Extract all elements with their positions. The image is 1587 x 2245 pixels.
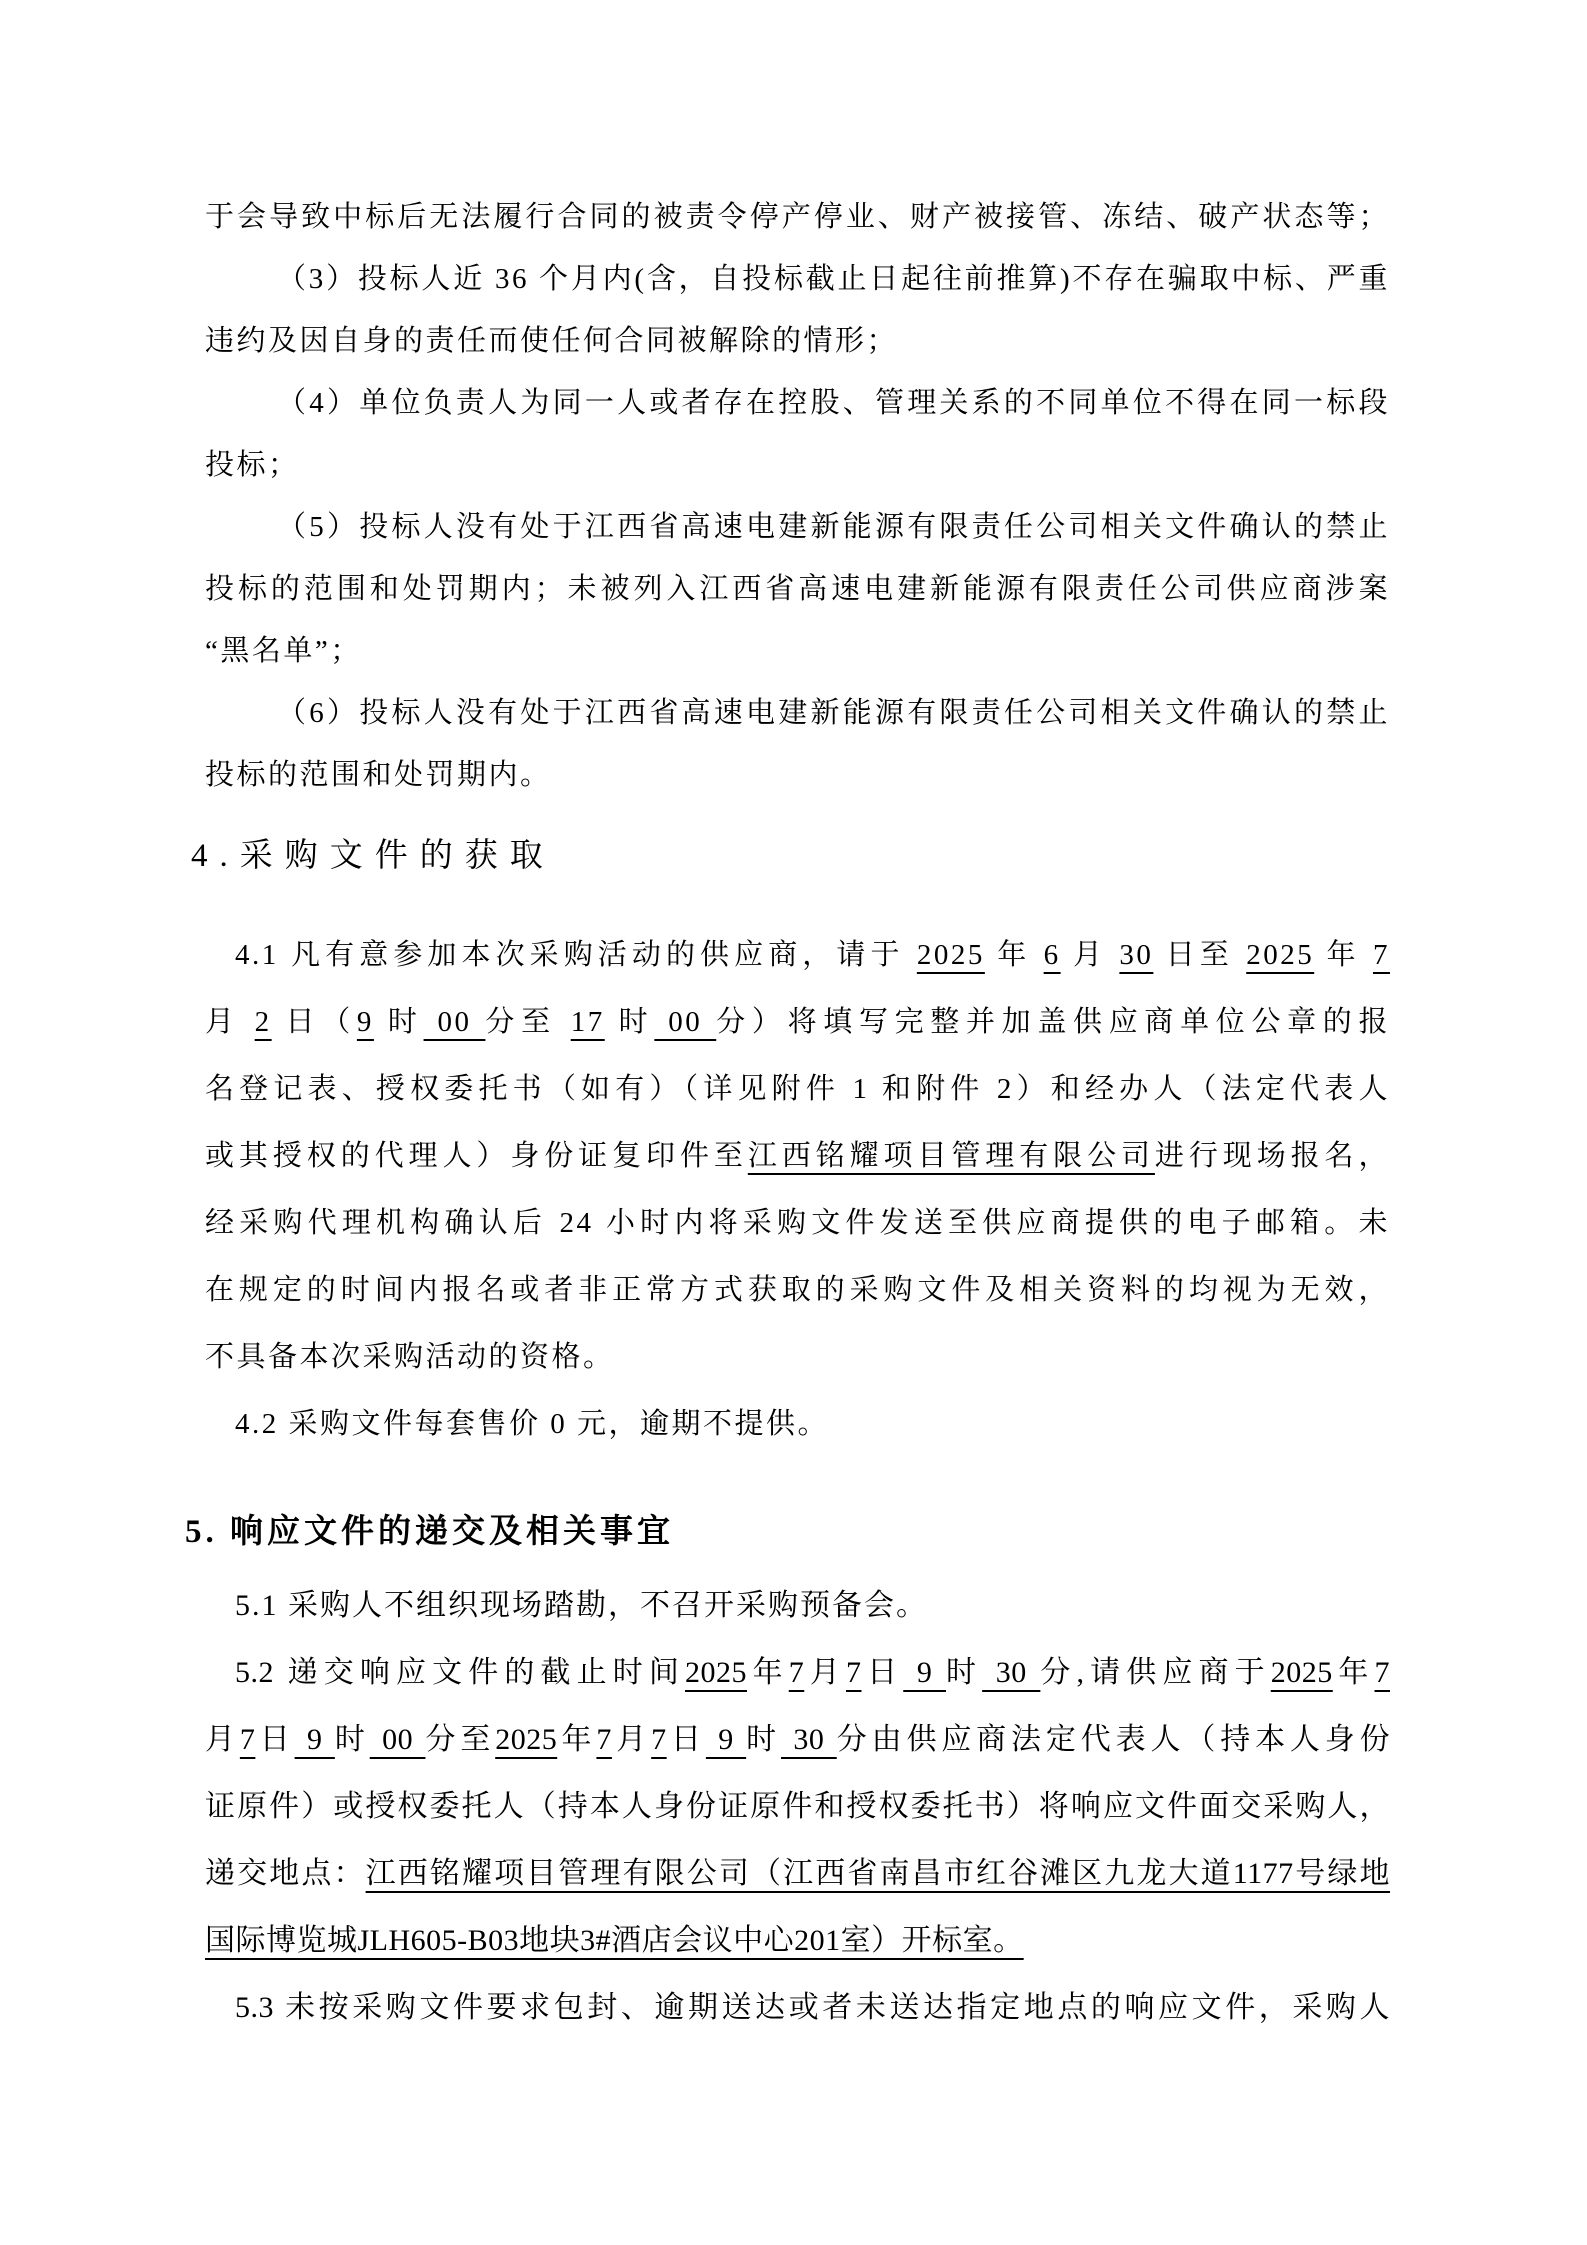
text-run: 时: [746, 1723, 781, 1756]
section-4-heading: 4.采购文件的获取: [191, 820, 1390, 892]
underlined-text: 30: [982, 1656, 1040, 1689]
text-line: 在规定的时间内报名或者非正常方式获取的采购文件及相关资料的均视为无效，: [205, 1257, 1390, 1324]
underlined-text: 7: [1375, 1656, 1391, 1689]
underlined-text: 7: [846, 1656, 862, 1689]
list-item-3: （3）投标人近 36 个月内(含，自投标截止日起往前推算)不存在骗取中标、严重: [205, 248, 1390, 310]
text-run: 时: [374, 1006, 424, 1038]
underlined-text: 7: [596, 1723, 612, 1756]
text-run: 日: [862, 1656, 904, 1689]
document-content: 于会导致中标后无法履行合同的被责令停产停业、财产被接管、冻结、破产状态等；（3）…: [205, 186, 1390, 2041]
text-run: （3）投标人近 36 个月内(含，自投标截止日起往前推算)不存在骗取中标、严重: [277, 263, 1390, 295]
underlined-text: 9: [706, 1723, 746, 1756]
text-run: 年: [747, 1656, 789, 1689]
clause-5-1: 5.1 采购人不组织现场踏勘，不召开采购预备会。: [205, 1572, 1390, 1639]
underlined-text: 9: [295, 1723, 335, 1756]
text-run: 于会导致中标后无法履行合同的被责令停产停业、财产被接管、冻结、破产状态等；: [205, 201, 1390, 233]
underlined-text: 2: [255, 1006, 272, 1038]
underlined-text: 2025: [685, 1656, 747, 1689]
text-run: 日: [255, 1723, 294, 1756]
underlined-text: 2025: [917, 939, 985, 971]
underlined-text: 00: [370, 1723, 426, 1756]
text-run: 月: [804, 1656, 846, 1689]
clause-4-1: 4.1 凡有意参加本次采购活动的供应商，请于 2025 年 6 月 30 日至 …: [205, 922, 1390, 989]
underlined-text: 00: [654, 1006, 716, 1038]
underlined-text: 00: [424, 1006, 486, 1038]
text-run: 递交地点：: [205, 1857, 366, 1890]
text-run: 投标的范围和处罚期内；未被列入江西省高速电建新能源有限责任公司供应商涉案: [205, 573, 1390, 605]
list-item-4: （4）单位负责人为同一人或者存在控股、管理关系的不同单位不得在同一标段: [205, 372, 1390, 434]
text-run: 分,请供应商于: [1040, 1656, 1270, 1689]
text-line: 经采购代理机构确认后 24 小时内将采购文件发送至供应商提供的电子邮箱。未: [205, 1190, 1390, 1257]
text-run: 或其授权的代理人）身份证复印件至: [205, 1140, 748, 1172]
underlined-text: 7: [789, 1656, 805, 1689]
text-run: 在规定的时间内报名或者非正常方式获取的采购文件及相关资料的均视为无效，: [205, 1274, 1390, 1306]
underlined-text: 国际博览城JLH605-B03地块3#酒店会议中心201室）开标室。: [205, 1924, 1024, 1957]
text-run: （5）投标人没有处于江西省高速电建新能源有限责任公司相关文件确认的禁止: [277, 511, 1390, 543]
section-5-heading: 5. 响应文件的递交及相关事宜: [185, 1496, 1390, 1568]
list-item-6: （6）投标人没有处于江西省高速电建新能源有限责任公司相关文件确认的禁止: [205, 682, 1390, 744]
text-run: 月: [1061, 939, 1120, 971]
text-run: 月: [205, 1006, 255, 1038]
text-run: 证原件）或授权委托人（持本人身份证原件和授权委托书）将响应文件面交采购人，: [205, 1790, 1390, 1823]
text-line: 于会导致中标后无法履行合同的被责令停产停业、财产被接管、冻结、破产状态等；: [205, 186, 1390, 248]
text-line: 投标的范围和处罚期内；未被列入江西省高速电建新能源有限责任公司供应商涉案: [205, 558, 1390, 620]
text-run: 名登记表、授权委托书（如有）（详见附件 1 和附件 2）和经办人（法定代表人: [205, 1073, 1390, 1105]
text-run: 4.1 凡有意参加本次采购活动的供应商，请于: [235, 939, 917, 971]
underlined-text: 2025: [495, 1723, 557, 1756]
text-run: 日至: [1153, 939, 1246, 971]
text-run: 分至: [485, 1006, 570, 1038]
text-run: 4.2 采购文件每套售价 0 元，逾期不提供。: [235, 1408, 829, 1440]
text-run: 年: [1333, 1656, 1375, 1689]
text-run: 时: [946, 1656, 982, 1689]
underlined-text: 9: [357, 1006, 374, 1038]
text-line: 名登记表、授权委托书（如有）（详见附件 1 和附件 2）和经办人（法定代表人: [205, 1056, 1390, 1123]
underlined-text: 7: [651, 1723, 667, 1756]
text-line: 月 2 日（9 时 00 分至 17 时 00 分）将填写完整并加盖供应商单位公…: [205, 989, 1390, 1056]
text-run: 5.3 未按采购文件要求包封、逾期送达或者未送达指定地点的响应文件，采购人: [235, 1991, 1390, 2024]
text-run: “黑名单”；: [205, 635, 362, 667]
underlined-text: 2025: [1246, 939, 1314, 971]
underlined-text: 7: [1373, 939, 1390, 971]
text-run: 日（: [272, 1006, 357, 1038]
text-run: 时: [335, 1723, 370, 1756]
clause-5-2: 5.2 递交响应文件的截止时间2025年7月7日 9 时 30 分,请供应商于2…: [205, 1639, 1390, 1706]
text-run: 分）将填写完整并加盖供应商单位公章的报: [716, 1006, 1390, 1038]
text-run: 分由供应商法定代表人（持本人身份: [837, 1723, 1390, 1756]
list-item-5: （5）投标人没有处于江西省高速电建新能源有限责任公司相关文件确认的禁止: [205, 496, 1390, 558]
underlined-text: 17: [571, 1006, 605, 1038]
text-line: 不具备本次采购活动的资格。: [205, 1324, 1390, 1391]
text-line: 国际博览城JLH605-B03地块3#酒店会议中心201室）开标室。: [205, 1907, 1390, 1974]
underlined-text: 江西铭耀项目管理有限公司（江西省南昌市红谷滩区九龙大道1177号绿地: [366, 1857, 1390, 1890]
text-run: （4）单位负责人为同一人或者存在控股、管理关系的不同单位不得在同一标段: [277, 387, 1390, 419]
text-run: 年: [557, 1723, 596, 1756]
text-run: 投标；: [205, 449, 300, 481]
underlined-text: 6: [1044, 939, 1061, 971]
clause-5-3: 5.3 未按采购文件要求包封、逾期送达或者未送达指定地点的响应文件，采购人: [205, 1974, 1390, 2041]
underlined-text: 7: [240, 1723, 256, 1756]
text-line: 证原件）或授权委托人（持本人身份证原件和授权委托书）将响应文件面交采购人，: [205, 1773, 1390, 1840]
underlined-text: 9: [903, 1656, 946, 1689]
text-line: 月7日 9 时 00 分至2025年7月7日 9 时 30 分由供应商法定代表人…: [205, 1706, 1390, 1773]
text-run: 时: [605, 1006, 655, 1038]
text-run: 日: [667, 1723, 706, 1756]
text-line: 投标的范围和处罚期内。: [205, 744, 1390, 806]
text-line: 投标；: [205, 434, 1390, 496]
text-line: “黑名单”；: [205, 620, 1390, 682]
text-run: 违约及因自身的责任而使任何合同被解除的情形；: [205, 325, 898, 357]
text-run: 年: [1314, 939, 1373, 971]
text-run: 经采购代理机构确认后 24 小时内将采购文件发送至供应商提供的电子邮箱。未: [205, 1207, 1390, 1239]
text-run: 月: [205, 1723, 240, 1756]
text-line: 递交地点：江西铭耀项目管理有限公司（江西省南昌市红谷滩区九龙大道1177号绿地: [205, 1840, 1390, 1907]
text-run: 5.2 递交响应文件的截止时间: [235, 1656, 685, 1689]
text-line: 或其授权的代理人）身份证复印件至江西铭耀项目管理有限公司进行现场报名，: [205, 1123, 1390, 1190]
underlined-text: 2025: [1271, 1656, 1333, 1689]
underlined-text: 江西铭耀项目管理有限公司: [748, 1140, 1155, 1172]
text-run: 投标的范围和处罚期内。: [205, 759, 552, 791]
text-run: 进行现场报名，: [1155, 1140, 1390, 1172]
text-run: 分至: [425, 1723, 495, 1756]
text-run: （6）投标人没有处于江西省高速电建新能源有限责任公司相关文件确认的禁止: [277, 697, 1390, 729]
clause-4-2: 4.2 采购文件每套售价 0 元，逾期不提供。: [205, 1391, 1390, 1458]
text-run: 月: [612, 1723, 651, 1756]
text-line: 违约及因自身的责任而使任何合同被解除的情形；: [205, 310, 1390, 372]
underlined-text: 30: [781, 1723, 837, 1756]
text-run: 年: [985, 939, 1044, 971]
text-run: 5.1 采购人不组织现场踏勘，不召开采购预备会。: [235, 1589, 928, 1622]
text-run: 5. 响应文件的递交及相关事宜: [185, 1514, 674, 1550]
text-run: 不具备本次采购活动的资格。: [205, 1341, 615, 1373]
underlined-text: 30: [1119, 939, 1153, 971]
text-run: 4.采购文件的获取: [191, 838, 555, 874]
document-page: 于会导致中标后无法履行合同的被责令停产停业、财产被接管、冻结、破产状态等；（3）…: [0, 0, 1587, 2245]
